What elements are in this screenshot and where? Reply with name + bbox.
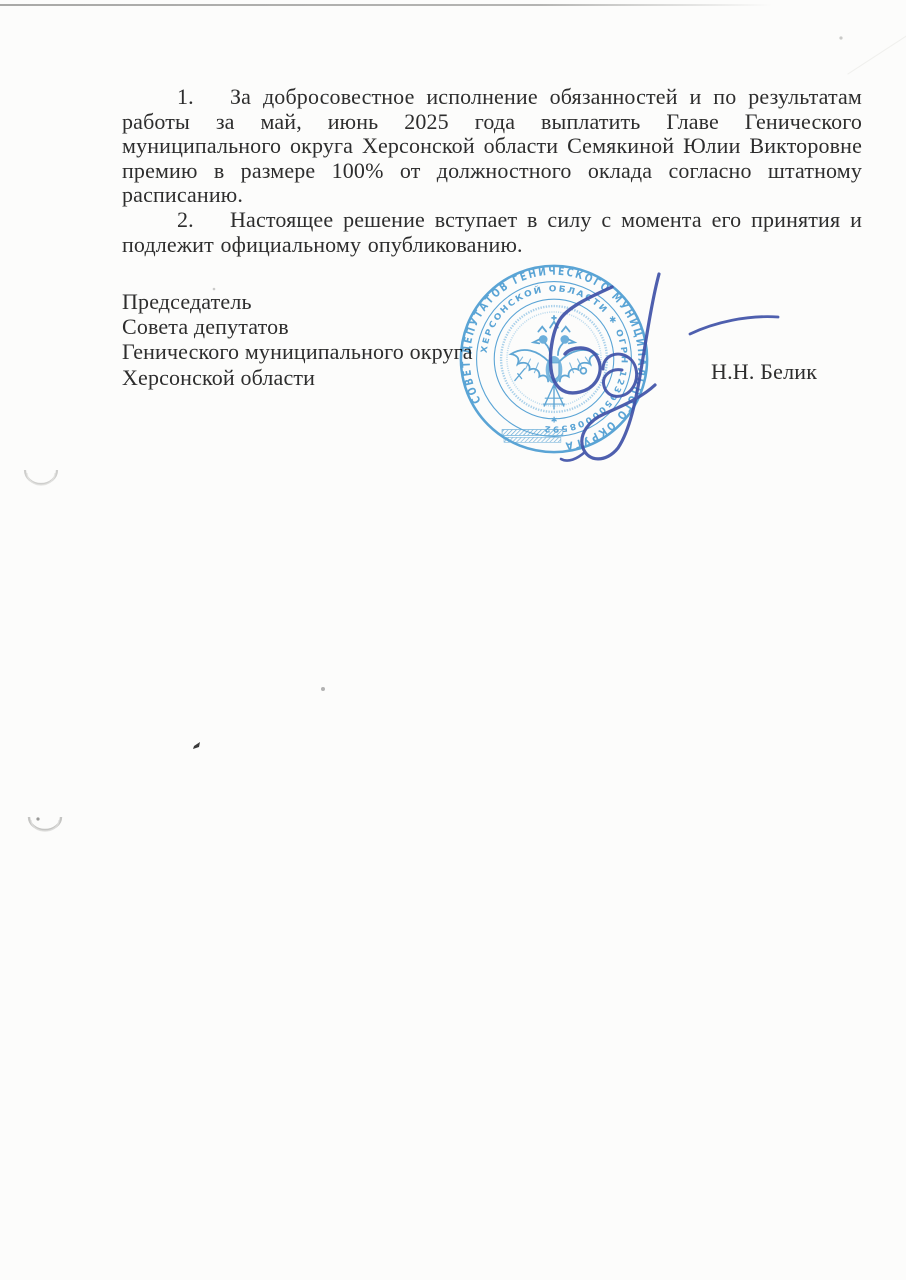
item-number: 1. [177,85,230,110]
paragraph-item-1: 1.За добросовестное исполнение обязаннос… [122,85,862,208]
scanned-document-page: 1.За добросовестное исполнение обязаннос… [0,0,906,1280]
paragraph-item-2: 2.Настоящее решение вступает в силу с мо… [122,208,862,257]
signer-title-line: Совета депутатов [122,314,473,339]
item-text: За добросовестное исполнение обязанносте… [122,84,862,207]
scan-edge-artifact [0,4,772,6]
item-text: Настоящее решение вступает в силу с моме… [122,207,862,257]
paper-crease-artifact [815,0,906,75]
signer-title-line: Председатель [122,289,473,314]
signer-title-line: Херсонской области [122,365,473,390]
stamp-bottom-mark: ✱ [551,416,558,425]
document-text: 1.За добросовестное исполнение обязаннос… [122,85,862,257]
signer-title-line: Генического муниципального округа [122,339,473,364]
signer-name: Н.Н. Белик [711,359,817,385]
punch-hole-artifact [25,470,61,831]
item-number: 2. [177,208,230,233]
official-round-stamp: СОВЕТ ДЕПУТАТОВ ГЕНИЧЕСКОГО МУНИЦИПАЛЬНО… [456,261,652,457]
signature-block: Председатель Совета депутатов Геническог… [122,289,473,390]
